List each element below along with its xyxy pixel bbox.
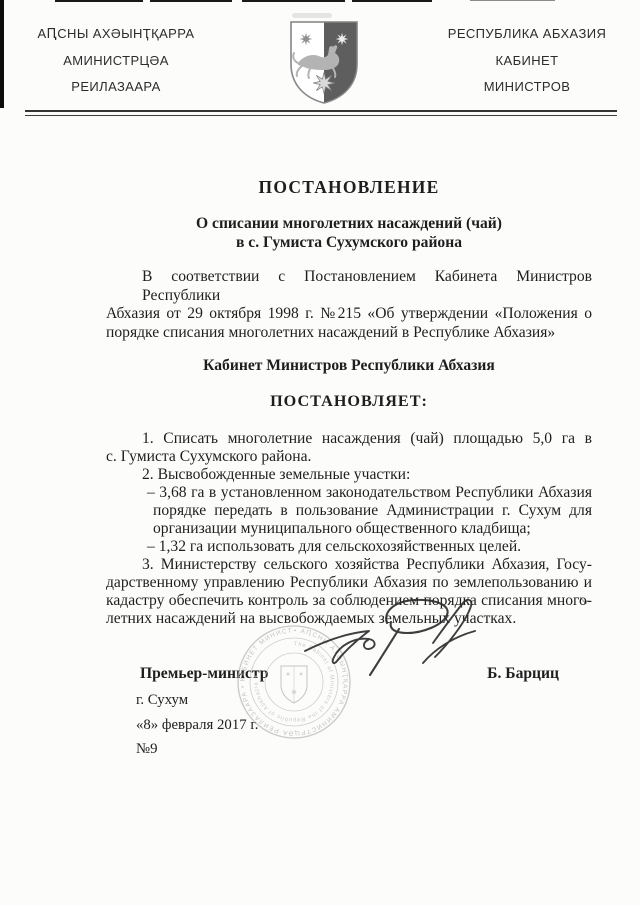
scan-artifact-smudge: [292, 13, 332, 18]
header-left-line-1: АԤСНЫ АХӘЫНҬҚАРРА: [28, 21, 204, 48]
subject-line: в с. Гумиста Сухумского района: [106, 233, 592, 252]
scan-artifact-top-dash: [242, 0, 345, 2]
signature-ink: [283, 593, 488, 685]
scanned-decree-page: АԤСНЫ АХӘЫНҬҚАРРА АМИНИСТРЦӘА РЕИЛАЗААРА…: [0, 0, 640, 905]
preamble-line: Абхазия от 29 октября 1998 г. №215 «Об у…: [106, 305, 592, 324]
header-right-line-2: КАБИНЕТ: [438, 48, 616, 75]
scan-artifact-top-dash: [352, 0, 432, 2]
header-left-line-3: РЕИЛАЗААРА: [28, 74, 204, 101]
signatory-name: Б. Барциц: [487, 664, 559, 683]
preamble-line: В соответствии с Постановлением Кабинета…: [106, 268, 592, 305]
header-right-column: РЕСПУБЛИКА АБХАЗИЯ КАБИНЕТ МИНИСТРОВ: [438, 21, 616, 101]
item-line: – 3,68 га в установленном законодательст…: [106, 484, 592, 502]
scan-artifact-top-dash: [55, 0, 143, 2]
item-line: 3. Министерству сельского хозяйства Респ…: [106, 556, 592, 574]
item-line: – 1,32 га использовать для сельскохозяйс…: [106, 538, 592, 556]
header-double-rule: [25, 110, 617, 116]
item-line: дарственному управлению Республики Абхаз…: [106, 574, 592, 592]
preamble-line: порядке списания многолетних насаждений …: [106, 324, 592, 343]
scan-artifact-left-edge: [0, 0, 4, 108]
item-line: порядке передать в пользование Администр…: [106, 502, 592, 520]
document-type-title: ПОСТАНОВЛЕНИЕ: [106, 177, 592, 197]
document-subject: О списании многолетних насаждений (чай) …: [106, 214, 592, 252]
scan-artifact-top-dash: [470, 0, 555, 1]
item-line: 2. Высвобожденные земельные участки:: [106, 466, 592, 484]
header-right-line-1: РЕСПУБЛИКА АБХАЗИЯ: [438, 21, 616, 48]
subject-line: О списании многолетних насаждений (чай): [106, 214, 592, 233]
item-line: 1. Списать многолетние насаждения (чай) …: [106, 430, 592, 448]
resolves-heading: ПОСТАНОВЛЯЕТ:: [106, 392, 592, 411]
preamble-paragraph: В соответствии с Постановлением Кабинета…: [106, 268, 592, 342]
item-line: с. Гумиста Сухумского района.: [106, 448, 592, 466]
header-right-line-3: МИНИСТРОВ: [438, 74, 616, 101]
issuer-heading: Кабинет Министров Республики Абхазия: [106, 356, 592, 375]
item-line: организации муниципального общественного…: [106, 520, 592, 538]
coat-of-arms-abkhazia-icon: [288, 19, 360, 107]
header-left-line-2: АМИНИСТРЦӘА: [28, 48, 204, 75]
issue-number: №9: [106, 740, 592, 759]
header-left-column: АԤСНЫ АХӘЫНҬҚАРРА АМИНИСТРЦӘА РЕИЛАЗААРА: [28, 21, 204, 101]
scan-artifact-top-dash: [150, 0, 232, 2]
